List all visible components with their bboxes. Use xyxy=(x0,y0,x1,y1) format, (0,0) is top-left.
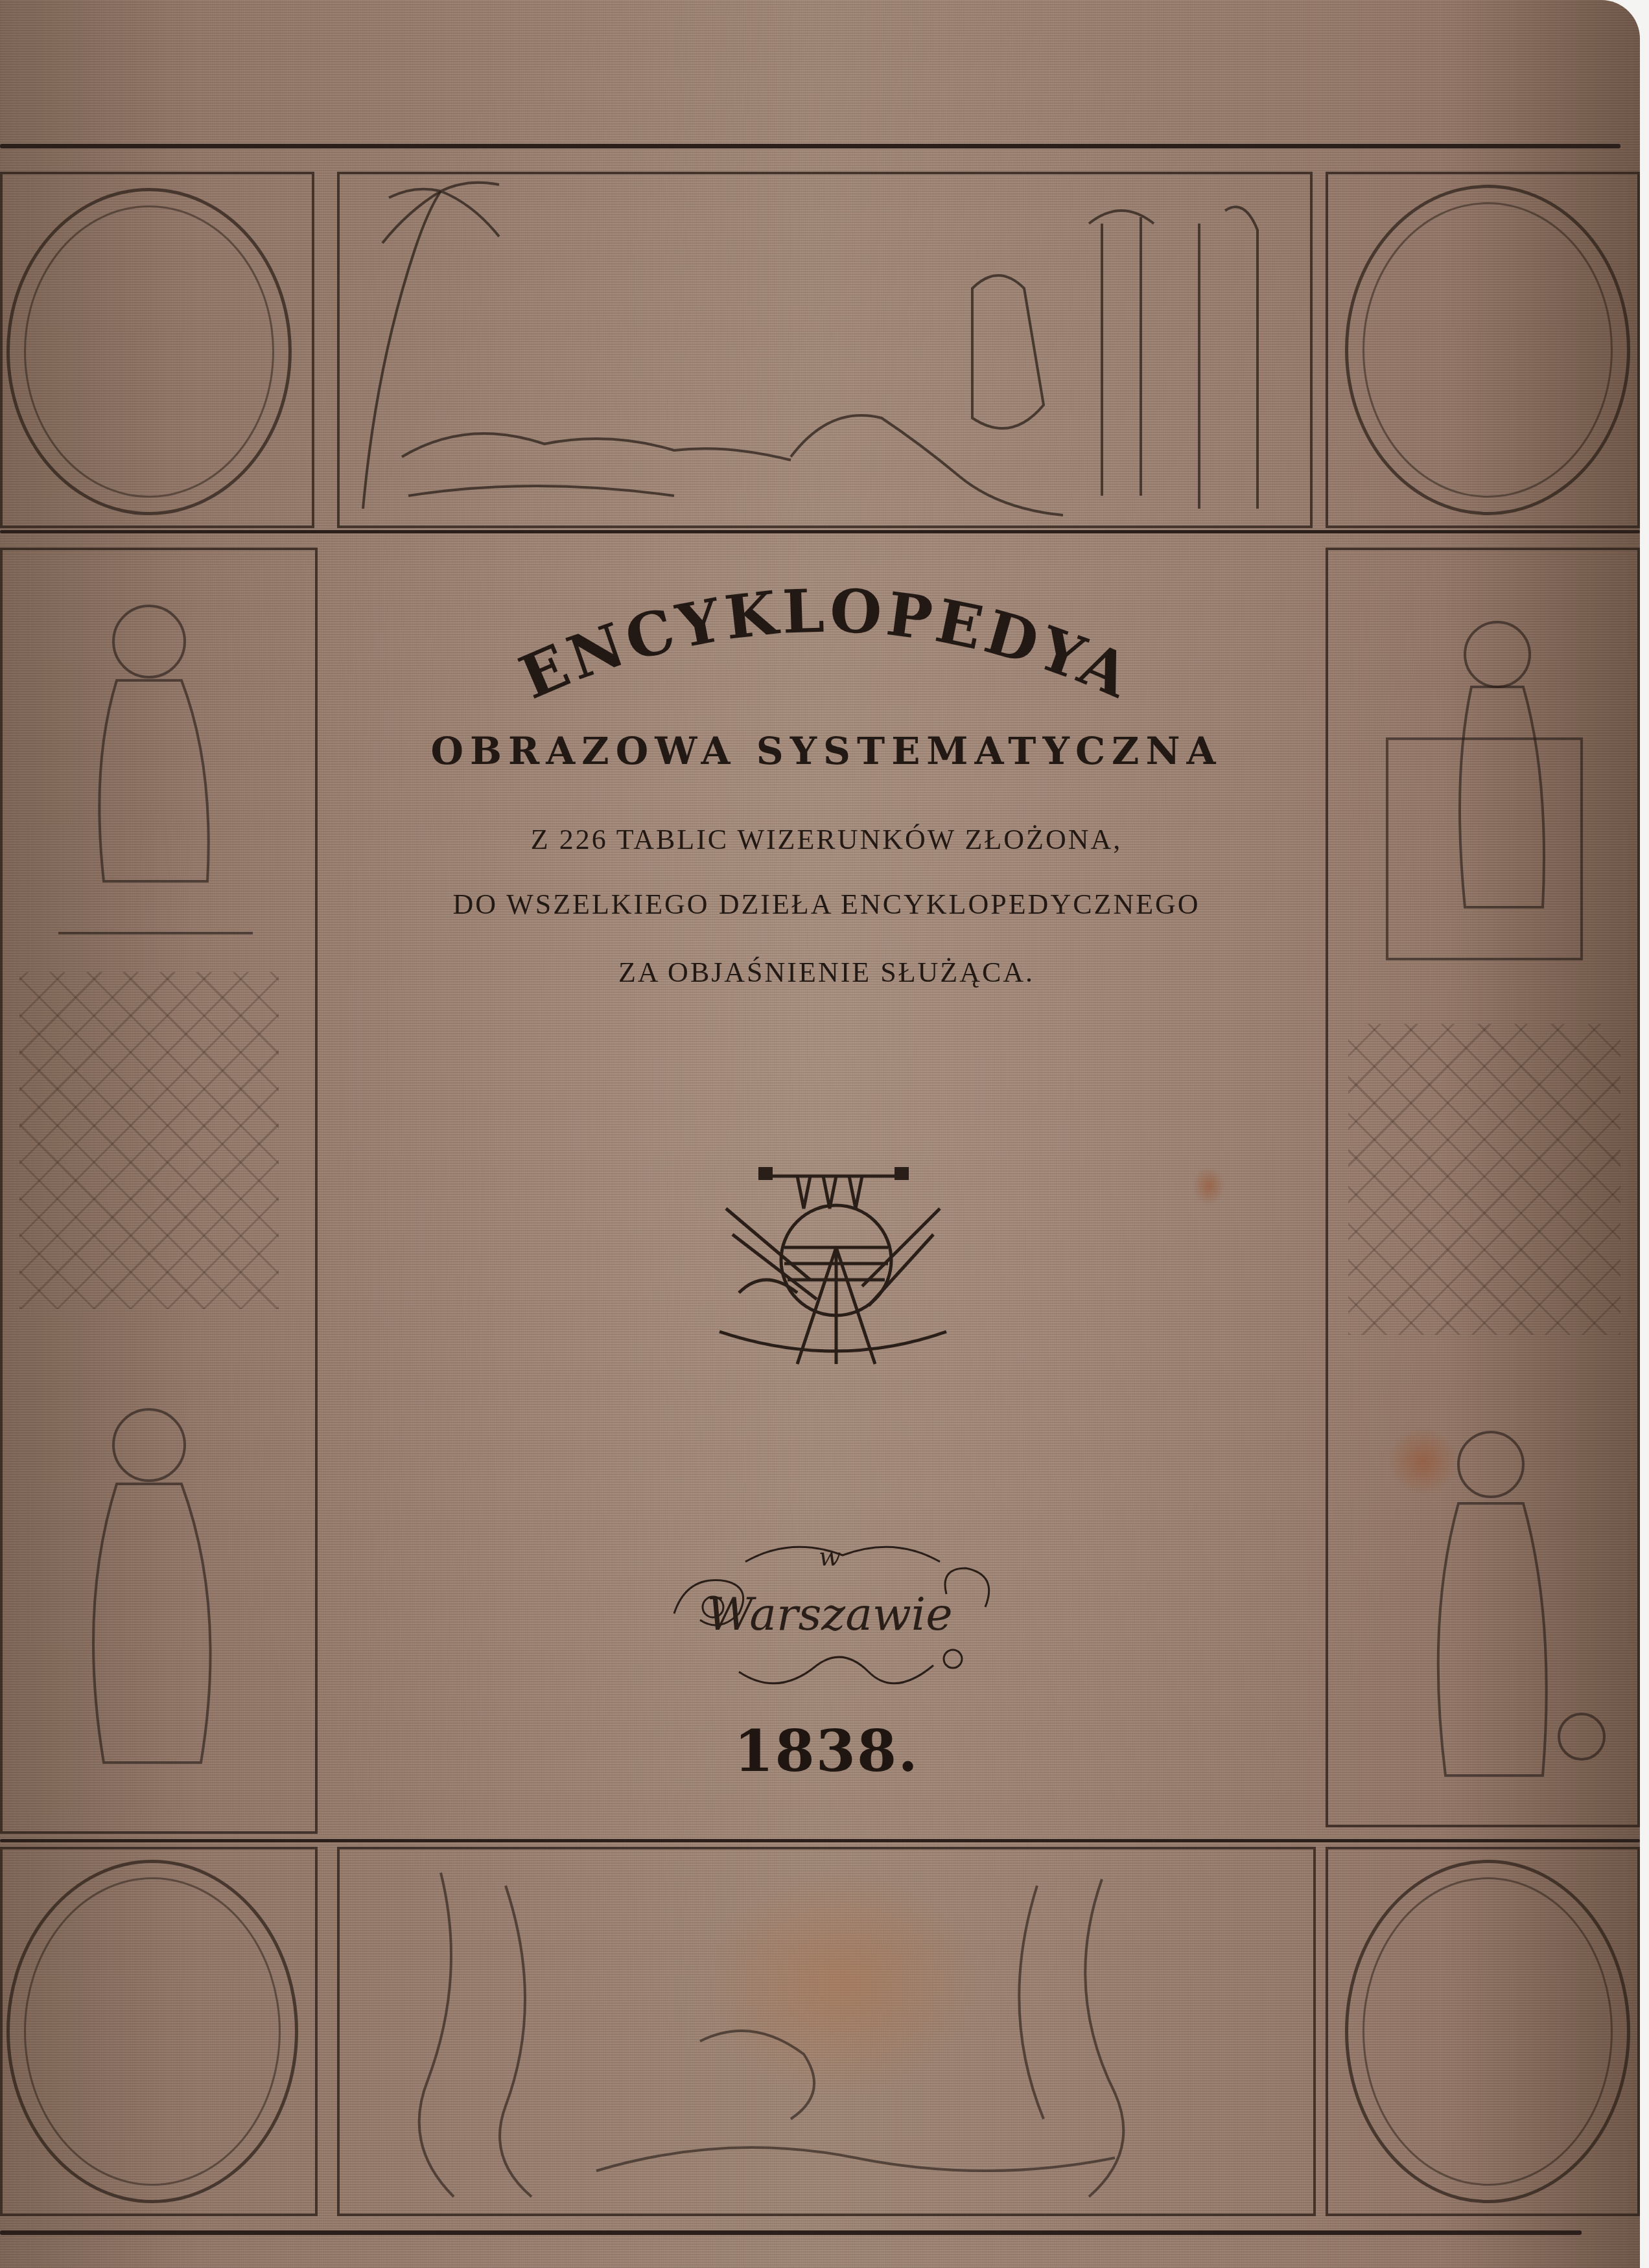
subtitle: OBRAZOWA SYSTEMATYCZNA xyxy=(337,729,1316,773)
imprint-place: w Warszawie xyxy=(648,1536,1011,1704)
standing-figure-icon xyxy=(19,570,292,972)
medallion-figure-with-urn-icon xyxy=(6,188,292,515)
lower-band-rule xyxy=(0,1839,1640,1842)
medallion-figure-icon xyxy=(1345,1860,1630,2203)
top-rule xyxy=(0,144,1620,148)
standing-figure-icon xyxy=(19,1374,292,1814)
left-panel-ornament-icon xyxy=(19,972,279,1309)
svg-text:ENCYKLOPEDYA: ENCYKLOPEDYA xyxy=(510,575,1143,713)
place-name: Warszawie xyxy=(648,1588,1011,1641)
main-title: ENCYKLOPEDYA xyxy=(510,575,1143,713)
landscape-scene-palm-figure-icon xyxy=(337,172,1313,528)
bottom-rule xyxy=(0,2230,1582,2235)
standing-figure-icon xyxy=(1348,570,1620,985)
book-cover: ENCYKLOPEDYA OBRAZOWA SYSTEMATYCZNA Z 22… xyxy=(0,0,1640,2268)
landscape-scene-foliage-icon xyxy=(337,1847,1316,2216)
place-prefix: w xyxy=(648,1542,1011,1572)
upper-band-rule xyxy=(0,530,1640,533)
right-panel-ornament-icon xyxy=(1348,1024,1620,1335)
scientific-instruments-emblem-icon xyxy=(707,1150,959,1371)
medallion-column-capital-icon xyxy=(6,1860,298,2203)
description-line-2: DO WSZELKIEGO DZIEŁA ENCYKLOPEDYCZNEGO xyxy=(337,888,1316,921)
publication-year: 1838. xyxy=(337,1717,1316,1785)
description-line-1: Z 226 TABLIC WIZERUNKÓW ZŁOŻONA, xyxy=(337,823,1316,856)
title-page-area: ENCYKLOPEDYA OBRAZOWA SYSTEMATYCZNA Z 22… xyxy=(337,544,1316,1834)
medallion-astronomy-scene-icon xyxy=(1345,185,1630,515)
seated-figure-icon xyxy=(1348,1374,1620,1814)
main-title-arc: ENCYKLOPEDYA xyxy=(337,544,1316,752)
description-line-3: ZA OBJAŚNIENIE SŁUŻĄCA. xyxy=(337,956,1316,989)
